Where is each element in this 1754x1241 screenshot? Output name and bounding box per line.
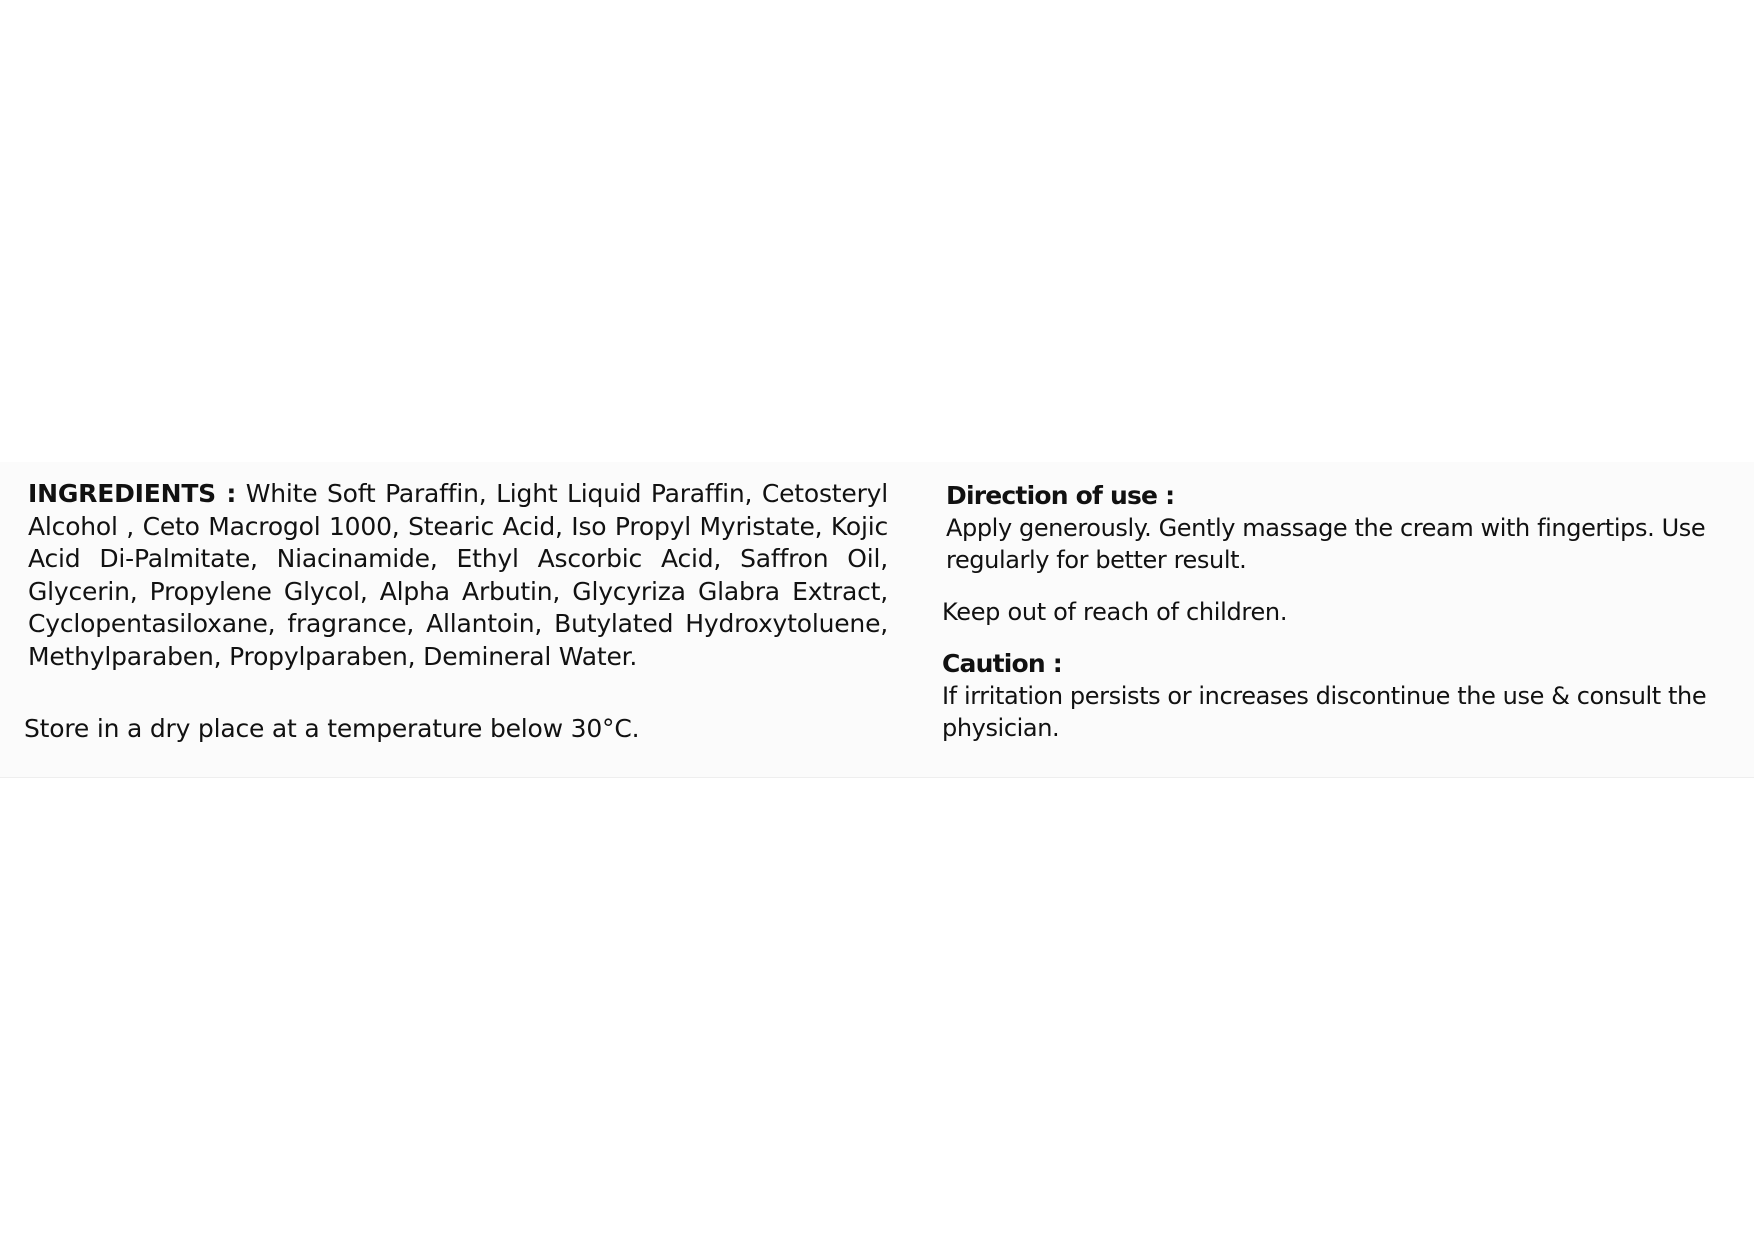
right-column: Direction of use : Apply generously. Gen… bbox=[946, 480, 1746, 744]
ingredients-block: INGREDIENTS : White Soft Paraffin, Light… bbox=[28, 478, 888, 673]
direction-heading: Direction of use : bbox=[946, 480, 1746, 512]
direction-text: Apply generously. Gently massage the cre… bbox=[946, 512, 1746, 576]
storage-instructions: Store in a dry place at a temperature be… bbox=[24, 713, 888, 745]
caution-text: If irritation persists or increases disc… bbox=[942, 680, 1746, 744]
left-column: INGREDIENTS : White Soft Paraffin, Light… bbox=[28, 478, 888, 745]
ingredients-heading: INGREDIENTS : bbox=[28, 479, 236, 508]
caution-heading: Caution : bbox=[942, 648, 1746, 680]
children-warning: Keep out of reach of children. bbox=[942, 596, 1746, 628]
product-label-panel: INGREDIENTS : White Soft Paraffin, Light… bbox=[0, 462, 1754, 778]
